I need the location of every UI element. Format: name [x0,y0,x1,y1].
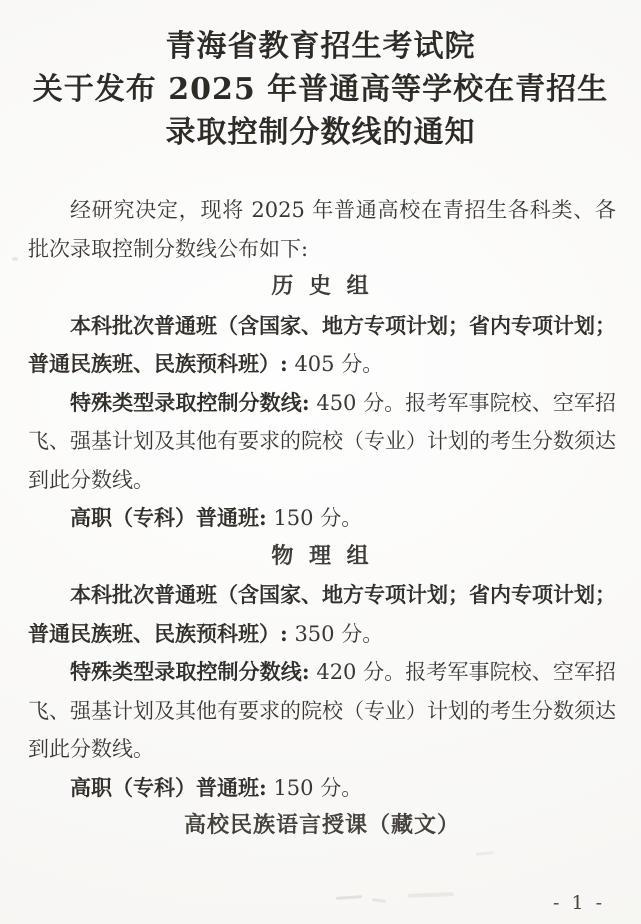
physics-special-label: 特殊类型录取控制分数线: [70,659,310,684]
document-title-line2: 关于发布 2025 年普通高等学校在青招生 [10,68,631,111]
section-heading-tibetan-language: 高校民族语言授课（藏文） [28,807,616,846]
history-vocational-label: 高职（专科）普通班: [70,505,267,530]
scan-smudge-artifact [372,898,386,903]
page-number: - 1 - [553,892,605,914]
history-vocational-paragraph: 高职（专科）普通班: 150 分。 [28,499,616,538]
physics-undergrad-score: 350 分。 [288,622,383,646]
history-undergrad-score: 405 分。 [288,352,383,376]
history-special-paragraph: 特殊类型录取控制分数线: 450 分。报考军事院校、空军招飞、强基计划及其他有要… [28,384,616,500]
scan-speck-artifact [12,257,18,261]
history-special-label: 特殊类型录取控制分数线: [70,390,310,415]
intro-paragraph: 经研究决定，现将 2025 年普通高校在青招生各科类、各批次录取控制分数线公布如… [28,191,616,268]
history-undergrad-paragraph: 本科批次普通班（含国家、地方专项计划；省内专项计划；普通民族班、民族预科班）: … [28,307,616,384]
physics-vocational-label: 高职（专科）普通班: [70,775,267,800]
history-vocational-score: 150 分。 [267,506,362,530]
physics-special-paragraph: 特殊类型录取控制分数线: 420 分。报考军事院校、空军招飞、强基计划及其他有要… [28,653,616,769]
document-title: 青海省教育招生考试院 关于发布 2025 年普通高等学校在青招生 录取控制分数线… [10,25,631,154]
scan-smudge-artifact [408,892,454,898]
physics-vocational-paragraph: 高职（专科）普通班: 150 分。 [28,769,616,808]
document-title-line1: 青海省教育招生考试院 [10,25,631,68]
document-title-line3: 录取控制分数线的通知 [10,111,631,154]
scan-smudge-artifact [336,895,362,900]
scanned-document-page: 青海省教育招生考试院 关于发布 2025 年普通高等学校在青招生 录取控制分数线… [0,0,641,924]
scan-smudge-artifact [476,851,494,856]
document-body: 经研究决定，现将 2025 年普通高校在青招生各科类、各批次录取控制分数线公布如… [28,191,616,846]
section-heading-history: 历 史 组 [28,268,616,307]
section-heading-physics: 物 理 组 [28,538,616,577]
physics-vocational-score: 150 分。 [267,776,362,800]
physics-undergrad-paragraph: 本科批次普通班（含国家、地方专项计划；省内专项计划；普通民族班、民族预科班）: … [28,576,616,653]
